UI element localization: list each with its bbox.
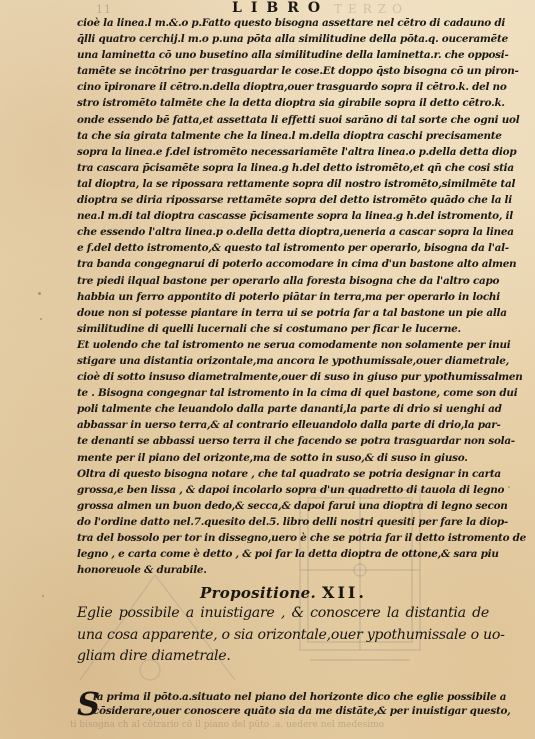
text-line: grossa almen un buon dedo,& secca,& dapo… xyxy=(77,498,485,514)
text-line: abbassar in uerso terra,& al contrario e… xyxy=(77,417,485,433)
paper-speck xyxy=(38,292,41,295)
text-line: ia prima il pōto.a.situato nel piano del… xyxy=(93,690,485,704)
text-line: honoreuole & durabile. xyxy=(77,562,485,578)
text-line: q̄lli quatro cerchij.l m.o p.una pōta al… xyxy=(77,31,485,47)
text-line: tre piedi ilqual bastone per operarlo al… xyxy=(77,273,485,289)
paper-speck xyxy=(42,595,44,597)
text-line: cioè la linea.l m.&.o p.Fatto questo bis… xyxy=(77,15,485,31)
text-line: tra cascara p̄cisamēte sopra la linea.g … xyxy=(77,160,485,176)
text-line: cino īpironare il cētro.n.della dioptra,… xyxy=(77,79,485,95)
paper-speck xyxy=(508,486,510,488)
statement-line: gliam dire diametrale. xyxy=(77,646,489,668)
text-line: similitudine di quelli lucernali che si … xyxy=(77,321,485,337)
text-line: do l'ordine datto nel.7.quesito del.5. l… xyxy=(77,514,485,530)
text-line: stigare una distantia orizontale,ma anco… xyxy=(77,353,485,369)
text-line: Et uolendo che tal istromento ne serua c… xyxy=(77,337,485,353)
text-line: cōsiderare,ouer conoscere quāto sia da m… xyxy=(93,704,485,718)
text-line: tal dioptra, la se ripossara rettamente … xyxy=(77,176,485,192)
proposition-label: Propositione. xyxy=(200,584,316,602)
text-line: stro istromēto talmēte che la detta diop… xyxy=(77,95,485,111)
text-line: Oltra di questo bisogna notare , che tal… xyxy=(77,466,485,482)
statement-line: Eglie possibile a inuistigare , & conosc… xyxy=(77,603,489,625)
statement-line: una cosa apparente, o sia orizontale,oue… xyxy=(77,625,489,647)
book-page: 11 LIBRO TERZO cioè la linea.l m.&.o p.F… xyxy=(0,0,535,739)
text-line: doue non si potesse piantare in terra ui… xyxy=(77,305,485,321)
ghost-running-head: TERZO xyxy=(334,2,408,16)
text-line: e f.del detto istromento,& questo tal is… xyxy=(77,240,485,256)
running-head: LIBRO xyxy=(232,0,329,16)
text-line: sopra la linea.e f.del istromēto necessa… xyxy=(77,144,485,160)
proposition-heading: Propositione.XII. xyxy=(200,583,367,602)
text-line: poli talmente che leuandolo dalla parte … xyxy=(77,401,485,417)
text-line: dioptra se diria ripossarse rettamēte so… xyxy=(77,192,485,208)
text-line: una laminetta cō uno busetino alla simil… xyxy=(77,47,485,63)
proposition-body-lines: ia prima il pōto.a.situato nel piano del… xyxy=(93,690,485,718)
proposition-statement: Eglie possibile a inuistigare , & conosc… xyxy=(77,603,489,668)
text-line: mente per il piano del orizonte,ma de so… xyxy=(77,450,485,466)
text-line: onde essendo bē fatta,et assettata li ef… xyxy=(77,112,485,128)
text-line: legno , e carta come è detto , & poi far… xyxy=(77,546,485,562)
text-line: te denanti se abbassi uerso terra il che… xyxy=(77,433,485,449)
paper-speck xyxy=(40,318,42,320)
text-line: tamēte se incōtrino per trasguardar le c… xyxy=(77,63,485,79)
text-line: cioè di sotto insuso diametralmente,ouer… xyxy=(77,369,485,385)
text-line: grossa,e ben lissa , & dapoi incolarlo s… xyxy=(77,482,485,498)
body-paragraphs: cioè la linea.l m.&.o p.Fatto questo bis… xyxy=(77,15,485,578)
text-line: te . Bisogna congegnar tal istromento in… xyxy=(77,385,485,401)
bleed-through-text: ti bisogna ch al cōtrario cō il piano de… xyxy=(70,720,470,730)
text-line: tra del bossolo per tor in dissegno,uero… xyxy=(77,530,485,546)
text-line: che essendo l'altra linea.p o.della dett… xyxy=(77,224,485,240)
proposition-number: XII. xyxy=(322,583,367,602)
text-line: ta che sia girata talmente che la linea.… xyxy=(77,128,485,144)
text-line: tra banda congegnarui di poterlo accomod… xyxy=(77,256,485,272)
text-line: habbia un ferro appontito di poterlo piā… xyxy=(77,289,485,305)
text-line: nea.l m.di tal dioptra cascasse p̄cisame… xyxy=(77,208,485,224)
